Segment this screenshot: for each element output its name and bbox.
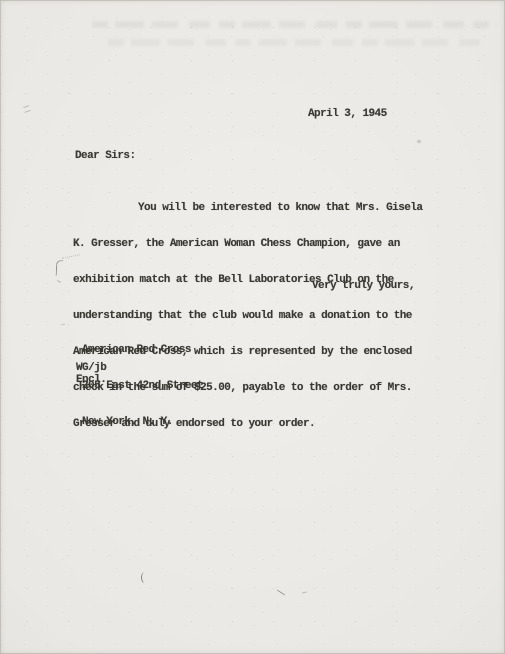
- recipient-name: American Red Cross: [82, 344, 203, 356]
- pencil-mark: [140, 572, 148, 584]
- body-line: K. Gresser, the American Woman Chess Cha…: [73, 238, 422, 250]
- letter-date: April 3, 1945: [308, 108, 387, 120]
- salutation: Dear Sirs:: [75, 150, 136, 162]
- recipient-city: New York, N. Y.: [82, 416, 203, 428]
- reference-initials: WG/jb: [76, 362, 106, 374]
- recipient-address: American Red Cross 205 East 42nd Street …: [82, 320, 203, 452]
- pencil-mark: [56, 260, 64, 276]
- enclosure-notation: Encl.: [76, 374, 106, 386]
- pencil-mark: [57, 280, 61, 283]
- bleedthrough-text-artifact: [92, 21, 497, 28]
- complimentary-closing: Very truly yours,: [312, 280, 415, 292]
- letter-page: April 3, 1945 Dear Sirs: You will be int…: [0, 0, 505, 654]
- pencil-mark: [277, 589, 286, 595]
- pencil-mark: [302, 591, 307, 593]
- bleedthrough-text-artifact: [108, 39, 487, 46]
- body-line: You will be interested to know that Mrs.…: [73, 202, 422, 214]
- pencil-mark: [61, 324, 65, 326]
- pencil-mark: [23, 105, 31, 113]
- scan-speck: [417, 140, 421, 143]
